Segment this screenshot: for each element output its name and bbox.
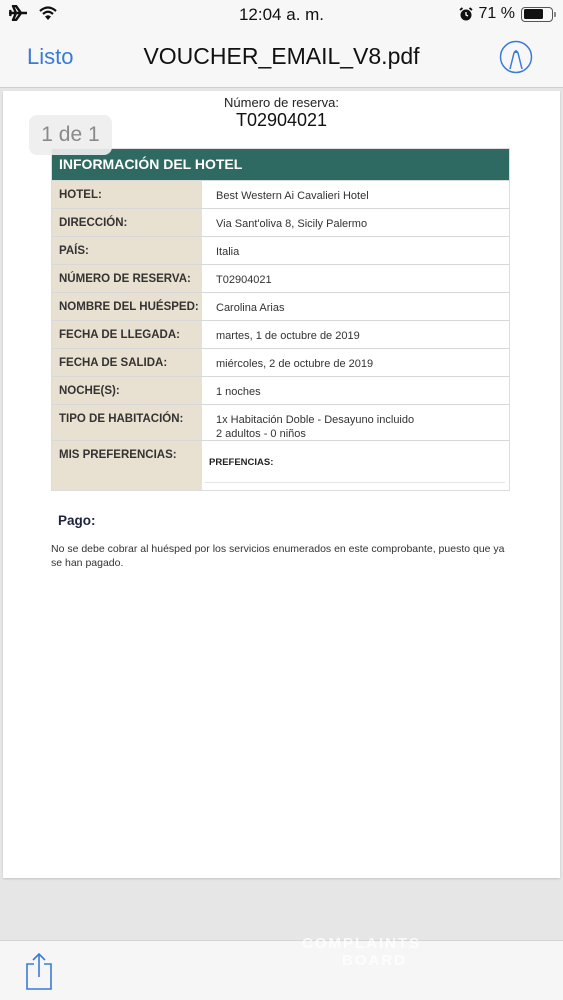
- table-row: FECHA DE LLEGADA:martes, 1 de octubre de…: [52, 320, 509, 348]
- row-label: NÚMERO DE RESERVA:: [52, 265, 202, 292]
- table-row: NOCHE(S):1 noches: [52, 376, 509, 404]
- row-value: 1 noches: [202, 377, 509, 404]
- table-row: FECHA DE SALIDA:miércoles, 2 de octubre …: [52, 348, 509, 376]
- reservation-label: Número de reserva:: [3, 95, 560, 110]
- payment-title: Pago:: [58, 513, 96, 528]
- row-value: 1x Habitación Doble - Desayuno incluido2…: [202, 405, 509, 440]
- status-right: 71 %: [459, 5, 553, 23]
- hotel-section-title: INFORMACIÓN DEL HOTEL: [52, 149, 509, 180]
- markup-pen-icon[interactable]: [499, 40, 533, 74]
- page-indicator: 1 de 1: [29, 115, 112, 155]
- watermark-line2: BOARD: [302, 952, 421, 969]
- table-row: TIPO DE HABITACIÓN:1x Habitación Doble -…: [52, 404, 509, 440]
- row-label: FECHA DE SALIDA:: [52, 349, 202, 376]
- alarm-icon: [459, 7, 473, 21]
- table-row: NÚMERO DE RESERVA:T02904021: [52, 264, 509, 292]
- occupancy: 2 adultos - 0 niños: [216, 427, 509, 441]
- watermark-line1: COMPLAINTS: [302, 935, 421, 952]
- row-label: FECHA DE LLEGADA:: [52, 321, 202, 348]
- share-icon[interactable]: [24, 951, 54, 991]
- hotel-info-table: INFORMACIÓN DEL HOTEL HOTEL:Best Western…: [51, 148, 510, 491]
- nav-bar: Listo VOUCHER_EMAIL_V8.pdf: [0, 30, 563, 88]
- row-label: MIS PREFERENCIAS:: [52, 441, 202, 490]
- table-row: MIS PREFERENCIAS:PREFENCIAS:: [52, 440, 509, 490]
- document-title: VOUCHER_EMAIL_V8.pdf: [0, 43, 563, 70]
- bottom-toolbar: COMPLAINTS BOARD: [0, 940, 563, 1000]
- room-type: 1x Habitación Doble - Desayuno incluido: [216, 413, 509, 427]
- row-value: Best Western Ai Cavalieri Hotel: [202, 181, 509, 208]
- row-value: Italia: [202, 237, 509, 264]
- row-label: NOCHE(S):: [52, 377, 202, 404]
- pdf-page[interactable]: Número de reserva: T02904021 INFORMACIÓN…: [3, 91, 560, 878]
- watermark: COMPLAINTS BOARD: [302, 935, 421, 969]
- row-label: PAÍS:: [52, 237, 202, 264]
- payment-text: No se debe cobrar al huésped por los ser…: [51, 542, 513, 570]
- battery-percent: 71 %: [479, 5, 515, 23]
- row-value: Via Sant'oliva 8, Sicily Palermo: [202, 209, 509, 236]
- row-value: T02904021: [202, 265, 509, 292]
- row-value: miércoles, 2 de octubre de 2019: [202, 349, 509, 376]
- table-row: DIRECCIÓN:Via Sant'oliva 8, Sicily Paler…: [52, 208, 509, 236]
- row-label: HOTEL:: [52, 181, 202, 208]
- row-label: NOMBRE DEL HUÉSPED:: [52, 293, 202, 320]
- status-bar: 12:04 a. m. 71 %: [0, 0, 563, 30]
- table-row: PAÍS:Italia: [52, 236, 509, 264]
- row-label: TIPO DE HABITACIÓN:: [52, 405, 202, 440]
- table-row: HOTEL:Best Western Ai Cavalieri Hotel: [52, 180, 509, 208]
- row-value: PREFENCIAS:: [202, 441, 509, 490]
- battery-icon: [521, 7, 553, 22]
- row-label: DIRECCIÓN:: [52, 209, 202, 236]
- battery-fill: [524, 9, 543, 19]
- row-value: Carolina Arias: [202, 293, 509, 320]
- table-row: NOMBRE DEL HUÉSPED:Carolina Arias: [52, 292, 509, 320]
- row-value: martes, 1 de octubre de 2019: [202, 321, 509, 348]
